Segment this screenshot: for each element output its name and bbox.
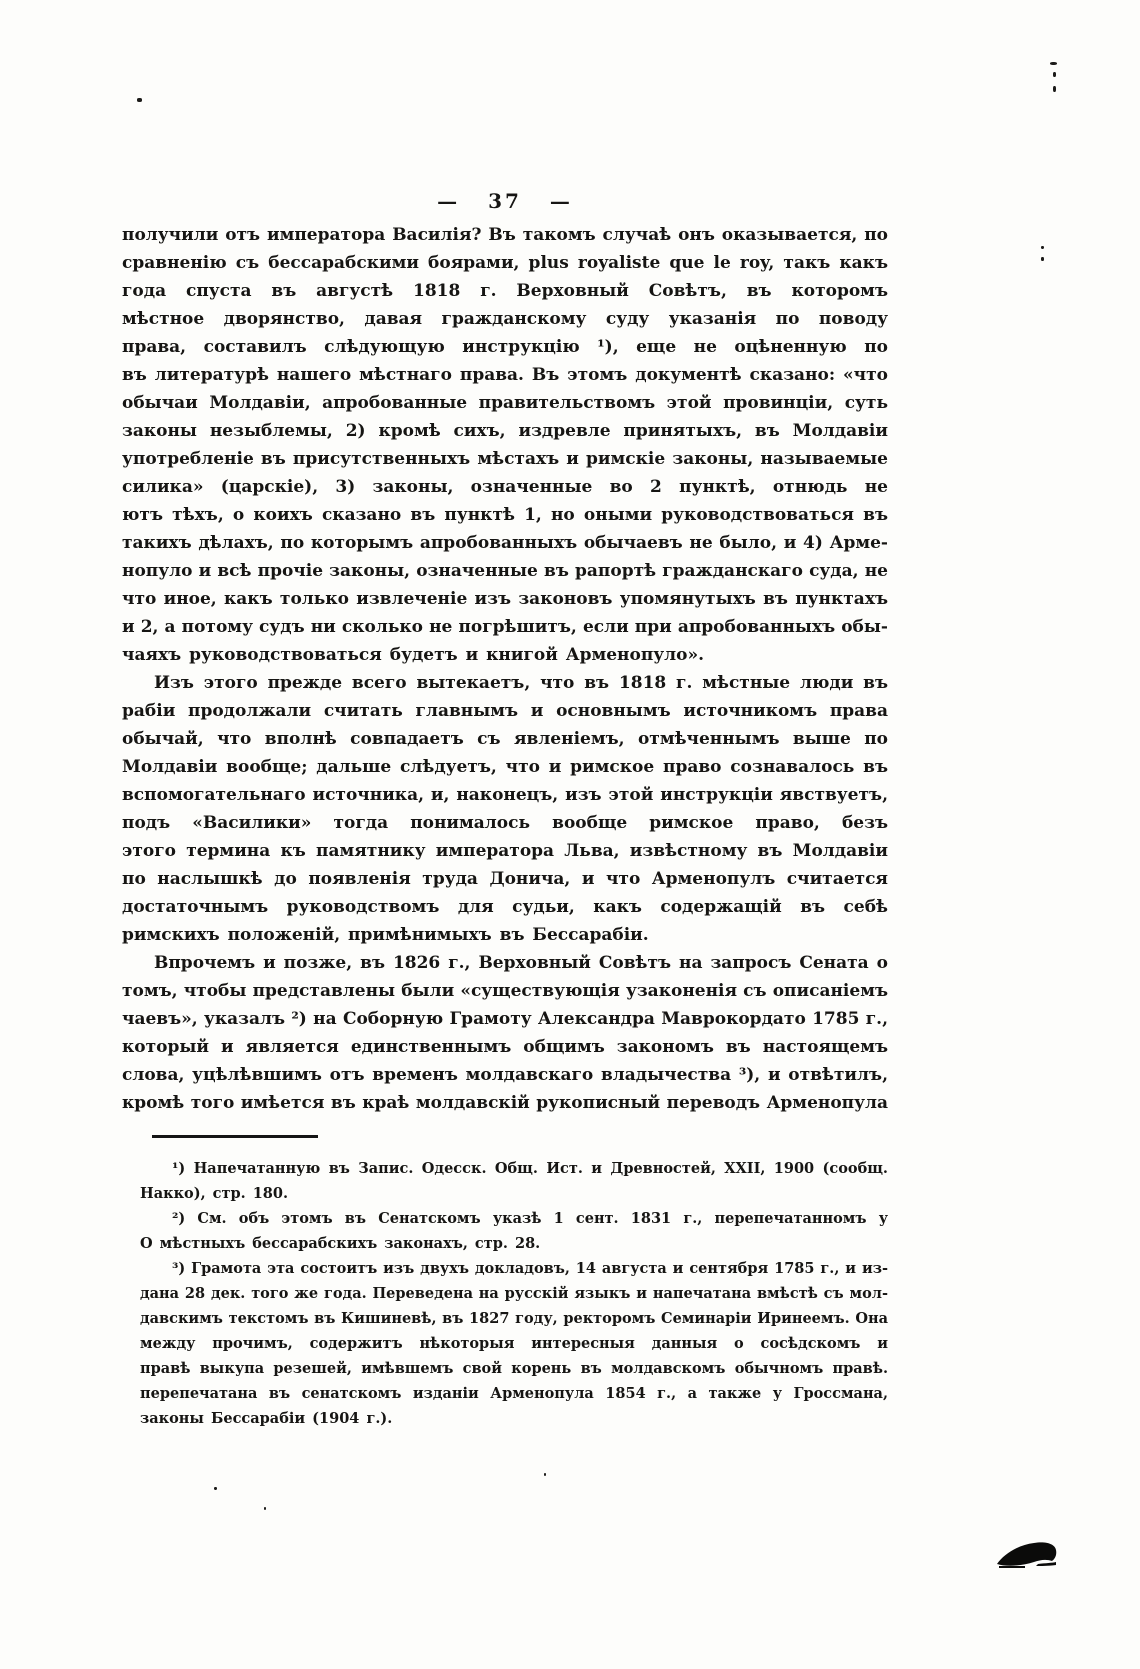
text-line: слова, уцѣлѣвшимъ отъ временъ молдавскаг… [122,1061,888,1089]
text-line: мѣстное дворянство, давая гражданскому с… [122,305,888,333]
text-line: чаевъ», указалъ ²) на Соборную Грамоту А… [122,1005,888,1033]
text-line: достаточнымъ руководствомъ для судьи, ка… [122,893,888,921]
text-line: употребленіе въ присутственныхъ мѣстахъ … [122,445,888,473]
text-line: получили отъ императора Василія? Въ тако… [122,221,888,249]
text-line: О мѣстныхъ бессарабскихъ законахъ, стр. … [140,1231,888,1256]
scan-speck-artifact [1053,86,1056,92]
text-line: давскимъ текстомъ въ Кишиневѣ, въ 1827 г… [140,1306,888,1331]
text-line: томъ, чтобы представлены были «существую… [122,977,888,1005]
text-line: и 2, а потому судъ ни сколько не погрѣши… [122,613,888,641]
text-line: законы Бессарабіи (1904 г.). [140,1406,888,1431]
text-line: обычай, что вполнѣ совпадаетъ съ явленіе… [122,725,888,753]
text-line: подъ «Василики» тогда понималось вообще … [122,809,888,837]
text-line: Изъ этого прежде всего вытекаетъ, что въ… [122,669,888,697]
scan-speck-artifact [544,1473,546,1476]
text-line: силика» (царскіе), 3) законы, означенные… [122,473,888,501]
scan-speck-artifact [137,98,142,102]
text-line: вспомогательнаго источника, и, наконецъ,… [122,781,888,809]
text-line: что иное, какъ только извлеченіе изъ зак… [122,585,888,613]
text-line: правѣ выкупа резешей, имѣвшемъ свой коре… [140,1356,888,1381]
text-line: сравненію съ бессарабскими боярами, plus… [122,249,888,277]
text-line: Молдавіи вообще; дальше слѣдуетъ, что и … [122,753,888,781]
scanned-book-page: { "page": { "number": "— 37 —", "ink_col… [0,0,1140,1669]
scan-speck-artifact [1041,246,1044,249]
scan-speck-artifact [1053,72,1056,77]
text-line: перепечатана въ сенатскомъ изданіи Армен… [140,1381,888,1406]
scan-speck-artifact [1041,257,1044,261]
text-line: дана 28 дек. того же года. Переведена на… [140,1281,888,1306]
text-line: чаяхъ руководствоваться будетъ и книгой … [122,641,888,669]
text-line: Накко), стр. 180. [140,1181,888,1206]
text-line: римскихъ положеній, примѣнимыхъ въ Бесса… [122,921,888,949]
text-line: нопуло и всѣ прочіе законы, означенные в… [122,557,888,585]
text-line: ютъ тѣхъ, о коихъ сказано въ пунктѣ 1, н… [122,501,888,529]
text-line: который и является единственнымъ общимъ … [122,1033,888,1061]
text-line: такихъ дѣлахъ, по которымъ апробованныхъ… [122,529,888,557]
footnote-divider [152,1135,318,1138]
text-line: Впрочемъ и позже, въ 1826 г., Верховный … [122,949,888,977]
footnotes: ¹) Напечатанную въ Запис. Одесск. Общ. И… [140,1156,888,1431]
text-line: между прочимъ, содержитъ нѣкоторыя интер… [140,1331,888,1356]
text-line: ²) См. объ этомъ въ Сенатскомъ указѣ 1 с… [140,1206,888,1231]
text-line: ¹) Напечатанную въ Запис. Одесск. Общ. И… [140,1156,888,1181]
text-line: законы незыблемы, 2) кромѣ сихъ, издревл… [122,417,888,445]
text-line: кромѣ того имѣется въ краѣ молдавскій ру… [122,1089,888,1117]
body-text: получили отъ императора Василія? Въ тако… [122,221,888,1117]
text-line: по наслышкѣ до появленія труда Донича, и… [122,865,888,893]
text-line: рабіи продолжали считать главнымъ и осно… [122,697,888,725]
scan-speck-artifact [1050,62,1057,65]
scan-speck-artifact [214,1487,217,1490]
text-line: года спуста въ августѣ 1818 г. Верховный… [122,277,888,305]
ink-smudge-artifact [996,1540,1060,1570]
text-line: ³) Грамота эта состоитъ изъ двухъ доклад… [140,1256,888,1281]
text-line: этого термина къ памятнику императора Ль… [122,837,888,865]
scan-speck-artifact [264,1507,266,1510]
text-line: обычаи Молдавіи, апробованные правительс… [122,389,888,417]
text-line: права, составилъ слѣдующую инструкцію ¹)… [122,333,888,361]
text-line: въ литературѣ нашего мѣстнаго права. Въ … [122,361,888,389]
page-number: — 37 — [122,189,888,213]
